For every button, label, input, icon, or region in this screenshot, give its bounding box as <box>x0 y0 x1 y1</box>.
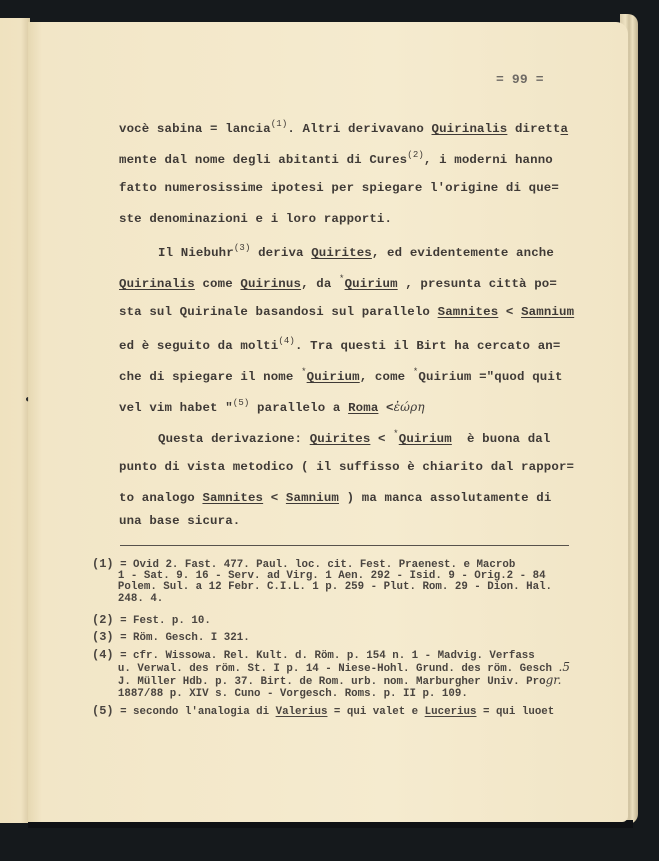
body-line-6: Quirinalis come Quirinus, da *Quirium , … <box>119 274 557 291</box>
text: una base sicura. <box>119 514 240 528</box>
text: < <box>498 305 521 319</box>
footnote-text: u. Verwal. des röm. St. I p. 14 - Niese-… <box>118 663 552 675</box>
handwritten-annotation: gr. <box>546 673 562 687</box>
term-roma: Roma <box>348 401 378 415</box>
footnote-marker: (1) <box>92 557 114 571</box>
text: , da <box>301 277 339 291</box>
body-line-5: Il Niebuhr(3) deriva Quirites, ed eviden… <box>158 243 554 260</box>
text: . Altri derivavano <box>287 122 431 136</box>
text: Il Niebuhr <box>158 246 234 260</box>
term-samnites: Samnites <box>438 305 499 319</box>
footnote-text: = qui luoet <box>477 706 555 718</box>
text: punto di vista metodico ( il suffisso è … <box>119 460 574 474</box>
text: vel vim habet " <box>119 401 233 415</box>
term-quirinalis: Quirinalis <box>432 122 508 136</box>
footnote-ref-3[interactable]: (3) <box>234 243 251 253</box>
body-line-1: vocè sabina = lancia(1). Altri derivavan… <box>119 119 568 136</box>
term-valerius: Valerius <box>276 706 328 718</box>
body-line-7: sta sul Quirinale basandosi sul parallel… <box>119 305 574 319</box>
footnote-text: 1887/88 p. XIV s. Cuno - Vorgesch. Roms.… <box>118 688 468 700</box>
footnote-text: = Röm. Gesch. I 321. <box>120 632 250 644</box>
text: deriva <box>251 246 312 260</box>
footnote-marker: (5) <box>92 704 114 718</box>
body-line-12: punto di vista metodico ( il suffisso è … <box>119 460 574 474</box>
text: < <box>378 401 393 415</box>
body-line-4: ste denominazioni e i loro rapporti. <box>119 212 392 226</box>
text: Quirium ="quod quit <box>418 370 562 384</box>
document-page <box>28 22 628 822</box>
body-line-14: una base sicura. <box>119 514 240 528</box>
term-quirites: Quirites <box>310 432 371 446</box>
footnote-2: (2) = Fest. p. 10. <box>92 615 211 627</box>
footnote-ref-1[interactable]: (1) <box>271 119 288 129</box>
footnote-text: 1 - Sat. 9. 16 - Serv. ad Virg. 1 Aen. 2… <box>118 570 546 582</box>
text: , ed evidentemente anche <box>372 246 554 260</box>
text: ) ma manca assolutamente di <box>339 491 551 505</box>
footnote-3: (3) = Röm. Gesch. I 321. <box>92 632 250 644</box>
footnote-text: = qui valet e <box>327 706 424 718</box>
text: come <box>195 277 241 291</box>
body-line-8: ed è seguito da molti(4). Tra questi il … <box>119 336 560 353</box>
term-quirium: Quirium <box>399 432 452 446</box>
handwritten-greek-annotation: ἐώρη <box>394 400 425 414</box>
footnote-5: (5) = secondo l'analogia di Valerius = q… <box>92 706 554 718</box>
text: che di spiegare il nome <box>119 370 301 384</box>
footnote-separator <box>120 545 569 546</box>
text: Questa derivazione: <box>158 432 310 446</box>
body-line-9: che di spiegare il nome *Quirium, come *… <box>119 367 563 384</box>
term-quirium: Quirium <box>307 370 360 384</box>
footnote-4: (4) = cfr. Wissowa. Rel. Kult. d. Röm. p… <box>92 650 570 700</box>
term-quirium: Quirium <box>345 277 398 291</box>
term-samnites: Samnites <box>202 491 263 505</box>
text: < <box>370 432 393 446</box>
footnote-text: = secondo l'analogia di <box>120 706 276 718</box>
text: fatto numerosissime ipotesi per spiegare… <box>119 181 559 195</box>
footnote-ref-5[interactable]: (5) <box>233 398 250 408</box>
page-number: = 99 = <box>496 72 544 87</box>
text: . Tra questi il Birt ha cercato an= <box>295 339 561 353</box>
text: parallelo a <box>249 401 348 415</box>
term-quirinus: Quirinus <box>240 277 301 291</box>
text: vocè sabina = lancia <box>119 122 271 136</box>
body-line-11: Questa derivazione: Quirites < *Quirium … <box>158 429 550 446</box>
text: , i moderni hanno <box>424 153 553 167</box>
body-line-3: fatto numerosissime ipotesi per spiegare… <box>119 181 559 195</box>
text: mente dal nome degli abitanti di Cures <box>119 153 407 167</box>
footnote-text: = Ovid 2. Fast. 477. Paul. loc. cit. Fes… <box>120 559 515 571</box>
term-quirites: Quirites <box>311 246 372 260</box>
footnote-marker: (2) <box>92 613 114 627</box>
footnote-1: (1) = Ovid 2. Fast. 477. Paul. loc. cit.… <box>92 559 552 605</box>
footnote-ref-2[interactable]: (2) <box>407 150 424 160</box>
text: è buona dal <box>452 432 551 446</box>
handwritten-annotation: .5 <box>559 660 570 674</box>
text: < <box>263 491 286 505</box>
binding-notch: ◖ <box>24 395 30 407</box>
text: a <box>560 122 568 136</box>
footnote-marker: (4) <box>92 648 114 662</box>
footnote-text: J. Müller Hdb. p. 37. Birt. de Rom. urb.… <box>118 676 546 688</box>
footnote-text: 248. 4. <box>118 593 163 605</box>
text: , presunta città po= <box>398 277 557 291</box>
term-quirinalis: Quirinalis <box>119 277 195 291</box>
text: ed è seguito da molti <box>119 339 278 353</box>
text: to analogo <box>119 491 202 505</box>
body-line-13: to analogo Samnites < Samnium ) ma manca… <box>119 491 551 505</box>
facing-page-edge <box>0 18 30 823</box>
text: , come <box>360 370 413 384</box>
footnote-marker: (3) <box>92 630 114 644</box>
footnote-text: = cfr. Wissowa. Rel. Kult. d. Röm. p. 15… <box>120 650 535 662</box>
text: ste denominazioni e i loro rapporti. <box>119 212 392 226</box>
text: sta sul Quirinale basandosi sul parallel… <box>119 305 438 319</box>
footnote-text: Polem. Sul. a 12 Febr. C.I.L. 1 p. 259 -… <box>118 581 552 593</box>
term-samnium: Samnium <box>521 305 574 319</box>
footnote-text: = Fest. p. 10. <box>120 615 211 627</box>
term-lucerius: Lucerius <box>425 706 477 718</box>
footnote-ref-4[interactable]: (4) <box>278 336 295 346</box>
body-line-2: mente dal nome degli abitanti di Cures(2… <box>119 150 553 167</box>
text: dirett <box>507 122 560 136</box>
body-line-10: vel vim habet "(5) parallelo a Roma <ἐώρ… <box>119 398 425 415</box>
term-samnium: Samnium <box>286 491 339 505</box>
